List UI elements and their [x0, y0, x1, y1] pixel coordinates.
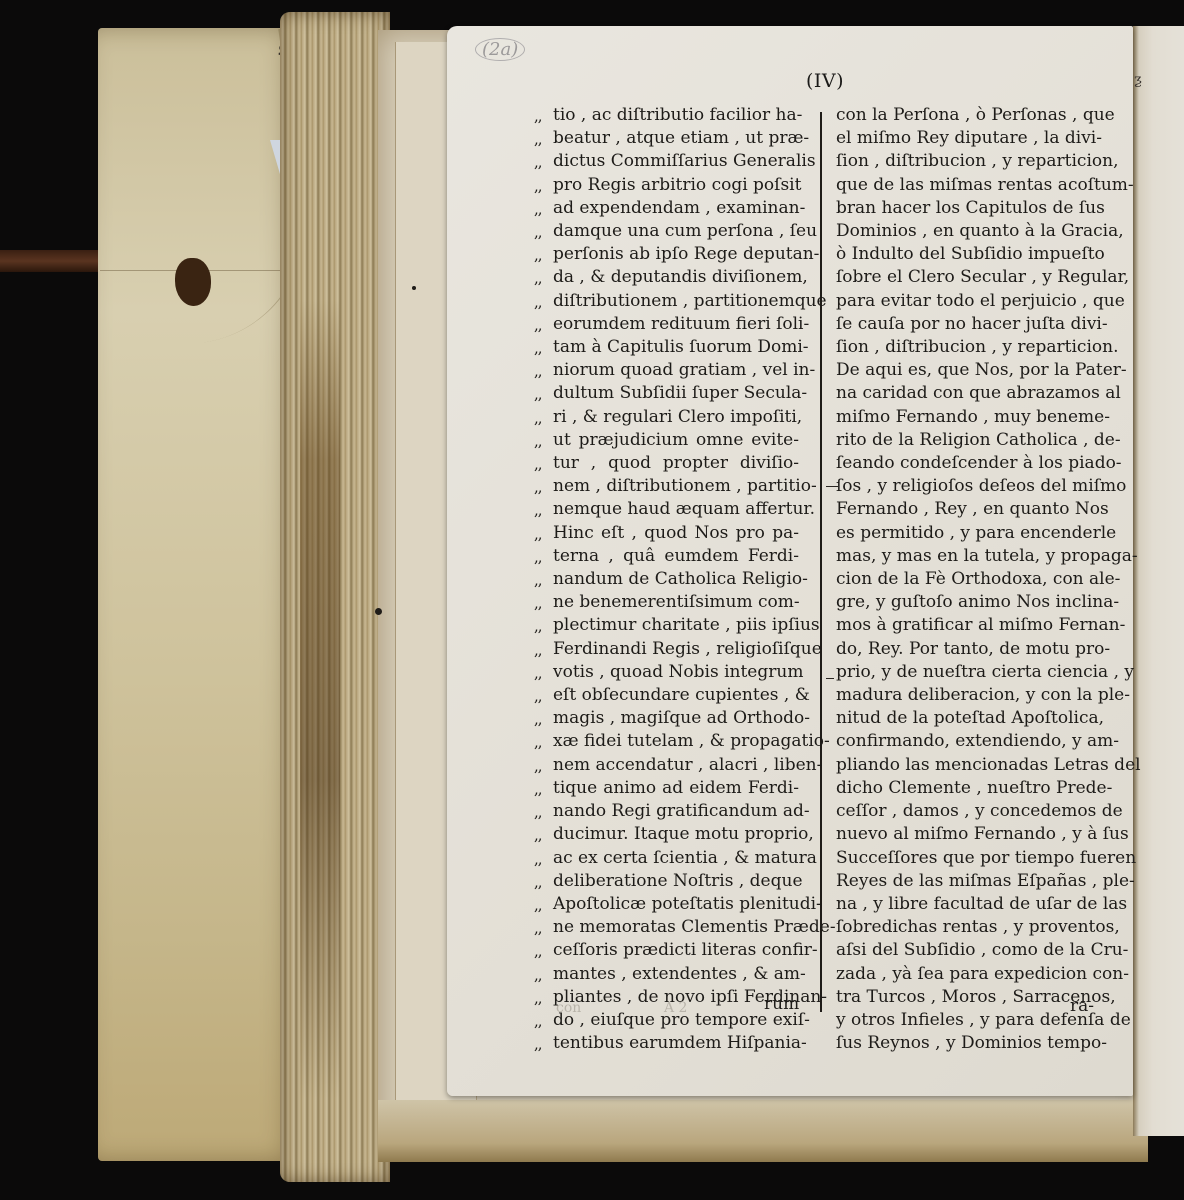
- text-line: miſmo Fernando , muy beneme-: [836, 406, 1090, 429]
- text-line: ,,deliberatione Noſtris , deque: [553, 870, 799, 893]
- text-line-content: da , & deputandis diviſionem,: [553, 267, 808, 287]
- facing-page: [1133, 26, 1184, 1136]
- text-line-content: mas, y mas en la tutela, y propaga-: [836, 546, 1138, 566]
- quote-mark: ,,: [534, 662, 542, 685]
- text-line-content: Hinc eſt , quod Nos pro pa-: [553, 523, 799, 543]
- text-line-content: mos à gratificar al miſmo Fernan-: [836, 615, 1125, 635]
- text-line-content: que de las miſmas rentas acoſtum-: [836, 175, 1134, 195]
- text-line: ceſſor , damos , y concedemos de: [836, 800, 1090, 823]
- latin-column: ,,tio , ac diſtributio facilior ha-,,bea…: [553, 104, 799, 1055]
- text-line-content: votis , quoad Nobis integrum: [553, 662, 803, 682]
- text-line: ,,xæ fidei tutelam , & propagatio-: [553, 730, 799, 753]
- text-line: ,,mantes , extendentes , & am-: [553, 963, 799, 986]
- text-line-content: dictus Commiſſarius Generalis: [553, 151, 816, 171]
- text-line-content: nem accendatur , alacri , liben-: [553, 755, 822, 775]
- text-line-content: Dominios , en quanto à la Gracia,: [836, 221, 1124, 241]
- text-line-content: ſion , diſtribucion , y reparticion.: [836, 337, 1118, 357]
- quote-mark: ,,: [534, 244, 542, 267]
- text-line-content: na caridad con que abrazamos al: [836, 383, 1121, 403]
- spanish-catchword: ra-: [1070, 996, 1094, 1016]
- text-line: ,,eſt obſecundare cupientes , &: [553, 684, 799, 707]
- quote-mark: ,,: [534, 871, 542, 894]
- text-line-content: pro Regis arbitrio cogi poſsit: [553, 175, 801, 195]
- showthrough-text: con: [556, 1000, 581, 1016]
- ink-dot: [412, 286, 416, 290]
- quote-mark: ,,: [534, 337, 542, 360]
- text-line: ſe cauſa por no hacer juſta divi-: [836, 313, 1090, 336]
- quote-mark: ,,: [534, 848, 542, 871]
- text-line-content: para evitar todo el perjuicio , que: [836, 291, 1125, 311]
- quote-mark: ,,: [534, 824, 542, 847]
- text-line: ,,diſtributionem , partitionemque: [553, 290, 799, 313]
- text-line-content: nuevo al miſmo Fernando , y à ſus: [836, 824, 1129, 844]
- quote-mark: ,,: [534, 360, 542, 383]
- quote-mark: ,,: [534, 778, 542, 801]
- text-line: De aqui es, que Nos, por la Pater-: [836, 359, 1090, 382]
- quote-mark: ,,: [534, 940, 542, 963]
- text-line: prio, y de nueſtra cierta ciencia , y: [836, 661, 1090, 684]
- text-line: na caridad con que abrazamos al: [836, 382, 1090, 405]
- text-line: es permitido , y para encenderle: [836, 522, 1090, 545]
- text-line: nitud de la poteſtad Apoſtolica,: [836, 707, 1090, 730]
- text-line: ,,votis , quoad Nobis integrum: [553, 661, 799, 684]
- text-line-content: terna , quâ eumdem Ferdi-: [553, 546, 799, 566]
- text-line: ,,tentibus earumdem Hiſpania-: [553, 1032, 799, 1055]
- text-line: ,,tur , quod propter diviſio-: [553, 452, 799, 475]
- quote-mark: ,,: [534, 175, 542, 198]
- text-line: ,,ad expendendam , examinan-: [553, 197, 799, 220]
- text-line-content: ducimur. Itaque motu proprio,: [553, 824, 814, 844]
- text-line-content: mantes , extendentes , & am-: [553, 964, 806, 984]
- text-line-content: niorum quoad gratiam , vel in-: [553, 360, 815, 380]
- text-line: ,,niorum quoad gratiam , vel in-: [553, 359, 799, 382]
- column-divider: [820, 112, 822, 1012]
- text-line-content: dicho Clemente , nueſtro Prede-: [836, 778, 1112, 798]
- text-line-content: nemque haud æquam affertur.: [553, 499, 815, 519]
- text-line: ſobredichas rentas , y proventos,: [836, 916, 1090, 939]
- quote-mark: ,,: [534, 221, 542, 244]
- text-line-content: nandum de Catholica Religio-: [553, 569, 808, 589]
- text-line: ,,magis , magiſque ad Orthodo-: [553, 707, 799, 730]
- text-line: ,,tam à Capitulis ſuorum Domi-: [553, 336, 799, 359]
- text-line-content: ac ex certa ſcientia , & matura: [553, 848, 817, 868]
- text-line: ,,perſonis ab ipſo Rege deputan-: [553, 243, 799, 266]
- quote-mark: ,,: [534, 476, 542, 499]
- text-line: tra Turcos , Moros , Sarracenos,: [836, 986, 1090, 1009]
- text-line-content: nitud de la poteſtad Apoſtolica,: [836, 708, 1104, 728]
- text-line: ,,ri , & regulari Clero impoſiti,: [553, 406, 799, 429]
- text-line-content: na , y libre facultad de uſar de las: [836, 894, 1127, 914]
- text-line: el miſmo Rey diputare , la divi-: [836, 127, 1090, 150]
- quote-mark: ,,: [534, 523, 542, 546]
- facing-page-mark: ƺ: [1134, 72, 1142, 88]
- quote-mark: ,,: [534, 731, 542, 754]
- text-line: ,,beatur , atque etiam , ut præ-: [553, 127, 799, 150]
- text-line-content: ſobre el Clero Secular , y Regular,: [836, 267, 1129, 287]
- text-line: Fernando , Rey , en quanto Nos: [836, 498, 1090, 521]
- leather-tie: [0, 250, 100, 272]
- text-line: gre, y guſtoſo animo Nos inclina-: [836, 591, 1090, 614]
- text-line-content: Apoſtolicæ poteſtatis plenitudi-: [553, 894, 822, 914]
- text-line: ,,tique animo ad eidem Ferdi-: [553, 777, 799, 800]
- showthrough-signature: A 2: [664, 1000, 687, 1016]
- quote-mark: ,,: [534, 755, 542, 778]
- text-line-content: gre, y guſtoſo animo Nos inclina-: [836, 592, 1119, 612]
- text-line: que de las miſmas rentas acoſtum-: [836, 174, 1090, 197]
- text-line-content: diſtributionem , partitionemque: [553, 291, 827, 311]
- quote-mark: ,,: [534, 987, 542, 1010]
- text-line-content: ne memoratas Clementis Præde-: [553, 917, 836, 937]
- frayed-bottom-edge: [378, 1100, 1148, 1162]
- quote-mark: ,,: [534, 964, 542, 987]
- quote-mark: ,,: [534, 314, 542, 337]
- text-line: ,,nem , diſtributionem , partitio-: [553, 475, 799, 498]
- text-line: ,,nandum de Catholica Religio-: [553, 568, 799, 591]
- text-line-content: confirmando, extendiendo, y am-: [836, 731, 1119, 751]
- text-line: ,,ut præjudicium omne evite-: [553, 429, 799, 452]
- text-line: ſus Reynos , y Dominios tempo-: [836, 1032, 1090, 1055]
- quote-mark: ,,: [534, 198, 542, 221]
- text-line: ,,ceſſoris prædicti literas confir-: [553, 939, 799, 962]
- text-line: ,,da , & deputandis diviſionem,: [553, 266, 799, 289]
- text-line: ,,plectimur charitate , piis ipſius: [553, 614, 799, 637]
- text-line: ,,ac ex certa ſcientia , & matura: [553, 847, 799, 870]
- text-line: y otros Infieles , y para defenſa de: [836, 1009, 1090, 1032]
- quote-mark: ,,: [534, 685, 542, 708]
- text-line-content: Reyes de las miſmas Eſpañas , ple-: [836, 871, 1135, 891]
- edge-stain: [300, 300, 340, 1100]
- text-line: Dominios , en quanto à la Gracia,: [836, 220, 1090, 243]
- text-line-content: tio , ac diſtributio facilior ha-: [553, 105, 802, 125]
- text-line-content: prio, y de nueſtra cierta ciencia , y: [836, 662, 1134, 682]
- text-line-content: ut præjudicium omne evite-: [553, 430, 799, 450]
- margin-tick: [826, 678, 834, 679]
- text-line: ſion , diſtribucion , y reparticion,: [836, 150, 1090, 173]
- text-line: ,,Apoſtolicæ poteſtatis plenitudi-: [553, 893, 799, 916]
- text-line-content: tentibus earumdem Hiſpania-: [553, 1033, 807, 1053]
- text-line: ,,ne benemerentiſsimum com-: [553, 591, 799, 614]
- text-line: mos à gratificar al miſmo Fernan-: [836, 614, 1090, 637]
- text-line-content: cion de la Fè Orthodoxa, con ale-: [836, 569, 1120, 589]
- text-line: Succeſſores que por tiempo fueren: [836, 847, 1090, 870]
- text-line-content: damque una cum perſona , ſeu: [553, 221, 817, 241]
- latin-catchword: rum: [764, 994, 799, 1014]
- quote-mark: ,,: [534, 615, 542, 638]
- pencil-annotation: (2a): [475, 38, 525, 61]
- text-line-content: tique animo ad eidem Ferdi-: [553, 778, 799, 798]
- text-line: ,,nando Regi gratificandum ad-: [553, 800, 799, 823]
- text-line-content: zada , yà ſea para expedicion con-: [836, 964, 1129, 984]
- text-line: ,,damque una cum perſona , ſeu: [553, 220, 799, 243]
- text-line: ,,ne memoratas Clementis Præde-: [553, 916, 799, 939]
- text-line: ſeando condeſcender à los piado-: [836, 452, 1090, 475]
- quote-mark: ,,: [534, 894, 542, 917]
- text-line-content: ne benemerentiſsimum com-: [553, 592, 800, 612]
- text-line-content: do, Rey. Por tanto, de motu pro-: [836, 639, 1110, 659]
- text-line-content: con la Perſona , ò Perſonas , que: [836, 105, 1115, 125]
- text-line-content: nem , diſtributionem , partitio-: [553, 476, 817, 496]
- text-line: ,,dultum Subſidii ſuper Secula-: [553, 382, 799, 405]
- text-line-content: dultum Subſidii ſuper Secula-: [553, 383, 807, 403]
- text-line: pliando las mencionadas Letras del: [836, 754, 1090, 777]
- text-line-content: ri , & regulari Clero impoſiti,: [553, 407, 802, 427]
- text-line: ,,ducimur. Itaque motu proprio,: [553, 823, 799, 846]
- quote-mark: ,,: [534, 592, 542, 615]
- text-line-content: ceſſor , damos , y concedemos de: [836, 801, 1123, 821]
- text-line: ſion , diſtribucion , y reparticion.: [836, 336, 1090, 359]
- quote-mark: ,,: [534, 291, 542, 314]
- text-line: aſsi del Subſidio , como de la Cru-: [836, 939, 1090, 962]
- text-line: ,,eorumdem redituum fieri ſoli-: [553, 313, 799, 336]
- text-line-content: ceſſoris prædicti literas confir-: [553, 940, 818, 960]
- text-line: zada , yà ſea para expedicion con-: [836, 963, 1090, 986]
- quote-mark: ,,: [534, 430, 542, 453]
- quote-mark: ,,: [534, 639, 542, 662]
- text-line: madura deliberacion, y con la ple-: [836, 684, 1090, 707]
- text-line-content: ſeando condeſcender à los piado-: [836, 453, 1122, 473]
- quote-mark: ,,: [534, 267, 542, 290]
- text-line-content: eorumdem redituum fieri ſoli-: [553, 314, 809, 334]
- text-line: mas, y mas en la tutela, y propaga-: [836, 545, 1090, 568]
- text-line: dicho Clemente , nueſtro Prede-: [836, 777, 1090, 800]
- text-line: ,,pro Regis arbitrio cogi poſsit: [553, 174, 799, 197]
- text-line: rito de la Religion Catholica , de-: [836, 429, 1090, 452]
- quote-mark: ,,: [534, 151, 542, 174]
- text-line-content: ſe cauſa por no hacer juſta divi-: [836, 314, 1108, 334]
- text-line-content: ſos , y religioſos deſeos del miſmo: [836, 476, 1126, 496]
- quote-mark: ,,: [534, 499, 542, 522]
- text-line-content: es permitido , y para encenderle: [836, 523, 1116, 543]
- quote-mark: ,,: [534, 569, 542, 592]
- text-line-content: Fernando , Rey , en quanto Nos: [836, 499, 1109, 519]
- quote-mark: ,,: [534, 453, 542, 476]
- text-line-content: ad expendendam , examinan-: [553, 198, 805, 218]
- text-line-content: miſmo Fernando , muy beneme-: [836, 407, 1110, 427]
- text-line-content: Ferdinandi Regis , religioſiſque: [553, 639, 822, 659]
- quote-mark: ,,: [534, 708, 542, 731]
- text-line: ,,Ferdinandi Regis , religioſiſque: [553, 638, 799, 661]
- text-line-content: magis , magiſque ad Orthodo-: [553, 708, 810, 728]
- text-line-content: tur , quod propter diviſio-: [553, 453, 799, 473]
- text-line-content: beatur , atque etiam , ut præ-: [553, 128, 809, 148]
- quote-mark: ,,: [534, 128, 542, 151]
- text-line-content: nando Regi gratificandum ad-: [553, 801, 810, 821]
- text-line: cion de la Fè Orthodoxa, con ale-: [836, 568, 1090, 591]
- cover-hole: [175, 258, 211, 306]
- text-line: ò Indulto del Subſidio impueſto: [836, 243, 1090, 266]
- text-line: do, Rey. Por tanto, de motu pro-: [836, 638, 1090, 661]
- text-line-content: perſonis ab ipſo Rege deputan-: [553, 244, 819, 264]
- text-line: con la Perſona , ò Perſonas , que: [836, 104, 1090, 127]
- text-line: ,,Hinc eſt , quod Nos pro pa-: [553, 522, 799, 545]
- text-line-content: plectimur charitate , piis ipſius: [553, 615, 820, 635]
- text-line-content: ſion , diſtribucion , y reparticion,: [836, 151, 1118, 171]
- text-line: para evitar todo el perjuicio , que: [836, 290, 1090, 313]
- text-line-content: madura deliberacion, y con la ple-: [836, 685, 1130, 705]
- text-line: Reyes de las miſmas Eſpañas , ple-: [836, 870, 1090, 893]
- text-line-content: ſobredichas rentas , y proventos,: [836, 917, 1120, 937]
- text-line-content: De aqui es, que Nos, por la Pater-: [836, 360, 1127, 380]
- quote-mark: ,,: [534, 546, 542, 569]
- text-line: ,,dictus Commiſſarius Generalis: [553, 150, 799, 173]
- text-line-content: tam à Capitulis ſuorum Domi-: [553, 337, 809, 357]
- text-line-content: aſsi del Subſidio , como de la Cru-: [836, 940, 1128, 960]
- text-line-content: ſus Reynos , y Dominios tempo-: [836, 1033, 1107, 1053]
- text-line: ,,nemque haud æquam affertur.: [553, 498, 799, 521]
- quote-mark: ,,: [534, 407, 542, 430]
- text-line-content: xæ fidei tutelam , & propagatio-: [553, 731, 830, 751]
- text-line: ,,terna , quâ eumdem Ferdi-: [553, 545, 799, 568]
- text-line: ,,nem accendatur , alacri , liben-: [553, 754, 799, 777]
- text-line: ,,tio , ac diſtributio facilior ha-: [553, 104, 799, 127]
- quote-mark: ,,: [534, 1010, 542, 1033]
- text-line-content: bran hacer los Capitulos de ſus: [836, 198, 1105, 218]
- text-line: ſos , y religioſos deſeos del miſmo: [836, 475, 1090, 498]
- text-line: na , y libre facultad de uſar de las: [836, 893, 1090, 916]
- quote-mark: ,,: [534, 801, 542, 824]
- ink-dot: [375, 608, 382, 615]
- text-line: bran hacer los Capitulos de ſus: [836, 197, 1090, 220]
- quote-mark: ,,: [534, 1033, 542, 1056]
- text-line-content: el miſmo Rey diputare , la divi-: [836, 128, 1102, 148]
- page-number: (IV): [806, 70, 844, 92]
- spanish-column: con la Perſona , ò Perſonas , queel miſm…: [836, 104, 1090, 1055]
- text-line-content: Succeſſores que por tiempo fueren: [836, 848, 1136, 868]
- quote-mark: ,,: [534, 383, 542, 406]
- text-line-content: deliberatione Noſtris , deque: [553, 871, 803, 891]
- text-line: nuevo al miſmo Fernando , y à ſus: [836, 823, 1090, 846]
- text-line-content: ò Indulto del Subſidio impueſto: [836, 244, 1105, 264]
- text-line-content: pliando las mencionadas Letras del: [836, 755, 1141, 775]
- quote-mark: ,,: [534, 917, 542, 940]
- quote-mark: ,,: [534, 105, 542, 128]
- text-line: ſobre el Clero Secular , y Regular,: [836, 266, 1090, 289]
- text-line-content: eſt obſecundare cupientes , &: [553, 685, 810, 705]
- text-line-content: rito de la Religion Catholica , de-: [836, 430, 1121, 450]
- text-line: confirmando, extendiendo, y am-: [836, 730, 1090, 753]
